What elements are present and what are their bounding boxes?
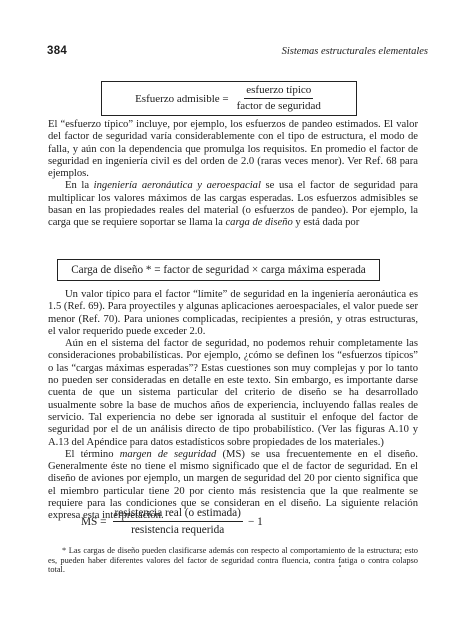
paragraph-aeronautical: En la ingeniería aeronáutica y aeroespac…	[48, 180, 418, 229]
body-text-block-2: Un valor típico para el factor “límite” …	[48, 289, 418, 523]
equation-allowable-stress: Esfuerzo admisible = esfuerzo típico fac…	[101, 81, 357, 116]
page-number: 384	[47, 45, 67, 57]
fraction-numerator: esfuerzo típico	[244, 84, 313, 99]
scan-speck	[339, 565, 341, 567]
equation-margin-of-safety: MS = resistencia real (o estimada) resis…	[81, 506, 263, 537]
paragraph-typical-stress: El “esfuerzo típico” incluye, por ejempl…	[48, 119, 418, 180]
footnote-text: * Las cargas de diseño pueden clasificar…	[48, 546, 418, 575]
emphasis-text: ingeniería aeronáutica y aeroespacial	[94, 180, 261, 191]
emphasis-text: margen de seguridad	[120, 449, 217, 460]
fraction-denominator: factor de seguridad	[235, 99, 323, 113]
body-text-block-1: El “esfuerzo típico” incluye, por ejempl…	[48, 119, 418, 230]
paragraph-probabilistic: Aún en el sistema del factor de segurida…	[48, 338, 418, 449]
footnote: * Las cargas de diseño pueden clasificar…	[48, 546, 418, 575]
fraction-denominator: resistencia requerida	[129, 522, 226, 537]
equation-trailing-term: − 1	[248, 516, 263, 528]
running-head: Sistemas estructurales elementales	[282, 46, 428, 57]
fraction-numerator: resistencia real (o estimada)	[113, 506, 243, 522]
fraction: esfuerzo típico factor de seguridad	[235, 84, 323, 113]
fraction: resistencia real (o estimada) resistenci…	[113, 506, 243, 537]
equation-lhs: Esfuerzo admisible =	[135, 93, 229, 105]
text-run: En la	[65, 180, 94, 191]
equation-lhs: MS =	[81, 516, 107, 528]
text-run: y está dada por	[293, 217, 359, 228]
emphasis-text: carga de diseño	[225, 217, 292, 228]
equation-design-load-text: Carga de diseño * = factor de seguridad …	[71, 264, 366, 276]
text-run: El término	[65, 449, 120, 460]
paragraph-limit-factor: Un valor típico para el factor “límite” …	[48, 289, 418, 338]
equation-design-load: Carga de diseño * = factor de seguridad …	[57, 259, 380, 281]
